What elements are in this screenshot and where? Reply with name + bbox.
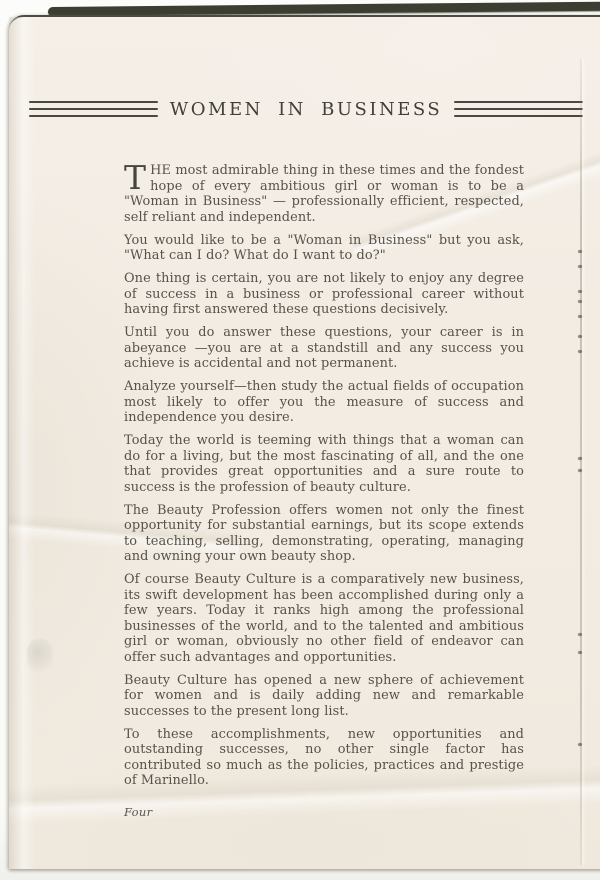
paragraph: The Beauty Profession offers women not o… <box>124 503 524 565</box>
paragraph: Beauty Culture has opened a new sphere o… <box>124 673 524 720</box>
header-rule-right <box>454 99 583 119</box>
paper-page: WOMEN IN BUSINESS THE most admirable thi… <box>9 15 600 869</box>
paragraph: One thing is certain, you are not likely… <box>124 271 524 318</box>
page-header: WOMEN IN BUSINESS <box>29 97 583 121</box>
drop-cap: T <box>124 163 150 192</box>
paragraph: Today the world is teeming with things t… <box>124 433 524 495</box>
scanned-booklet-page: WOMEN IN BUSINESS THE most admirable thi… <box>0 0 600 880</box>
stitch-hole <box>578 290 582 293</box>
stitch-hole <box>578 350 582 353</box>
paragraph-lead: THE most admirable thing in these times … <box>124 163 524 225</box>
paper-stain <box>27 639 53 673</box>
page-body-text: THE most admirable thing in these times … <box>124 163 524 796</box>
stitch-hole <box>578 250 582 253</box>
paragraph: Until you do answer these questions, you… <box>124 325 524 372</box>
paragraph: To these accomplishments, new opportunit… <box>124 727 524 789</box>
paragraph-text: HE most admirable thing in these times a… <box>124 163 524 225</box>
page-title: WOMEN IN BUSINESS <box>170 99 442 120</box>
booklet-cover-edge <box>48 2 600 16</box>
page-number: Four <box>124 805 152 819</box>
stitch-hole <box>578 300 582 303</box>
paragraph: You would like to be a "Woman in Busines… <box>124 233 524 264</box>
stitch-hole <box>578 743 582 746</box>
stitch-hole <box>578 469 582 472</box>
paragraph: Of course Beauty Culture is a comparativ… <box>124 572 524 665</box>
stitch-hole <box>578 315 582 318</box>
stitch-hole <box>578 633 582 636</box>
paper-crease <box>9 17 35 869</box>
stitch-hole <box>578 457 582 460</box>
header-rule-left <box>29 99 158 119</box>
paragraph: Analyze yourself—then study the actual f… <box>124 379 524 426</box>
stitch-hole <box>578 651 582 654</box>
stitch-hole <box>578 265 582 268</box>
stitch-hole <box>578 335 582 338</box>
